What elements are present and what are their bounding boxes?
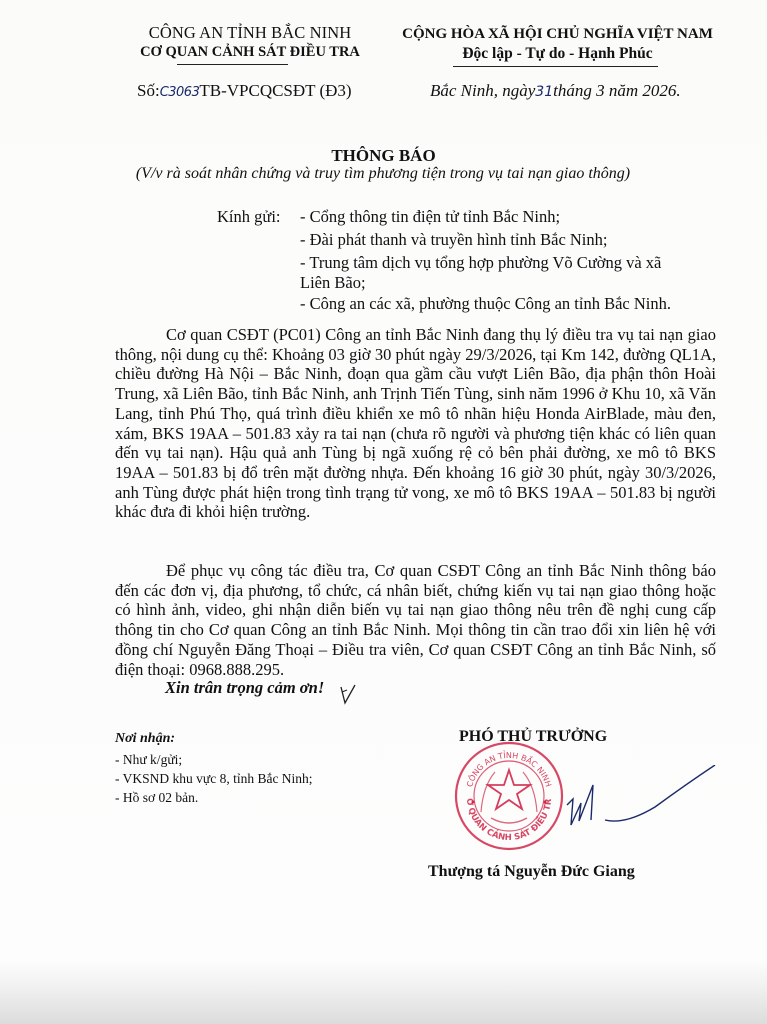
- document-title: THÔNG BÁO: [0, 146, 767, 166]
- signatory-name: Thượng tá Nguyễn Đức Giang: [428, 863, 635, 881]
- paragraph-request: Để phục vụ công tác điều tra, Cơ quan CS…: [115, 561, 716, 679]
- handwritten-signature-icon: [565, 765, 725, 835]
- paragraph-incident: Cơ quan CSĐT (PC01) Công an tỉnh Bắc Nin…: [115, 325, 716, 522]
- body-paragraph-1: Cơ quan CSĐT (PC01) Công an tỉnh Bắc Nin…: [115, 325, 716, 522]
- document-subtitle: (V/v rà soát nhân chứng và truy tìm phươ…: [0, 165, 767, 183]
- official-stamp-icon: CÔNG AN TỈNH BẮC NINH CƠ QUAN CẢNH SÁT Đ…: [453, 740, 565, 852]
- document-number: Số:C3063TB-VPCQCSĐT (Đ3): [137, 81, 352, 101]
- agency-name: CÔNG AN TỈNH BẮC NINH: [100, 23, 400, 43]
- date-prefix: Bắc Ninh, ngày: [430, 81, 535, 100]
- national-header: CỘNG HÒA XÃ HỘI CHỦ NGHĨA VIỆT NAM Độc l…: [380, 25, 735, 64]
- addressee-item: - Trung tâm dịch vụ tổng hợp phường Võ C…: [300, 253, 661, 273]
- addressee-item: - Đài phát thanh và truyền hình tỉnh Bắc…: [300, 230, 607, 250]
- recipient-item: - Như k/gửi;: [115, 752, 182, 768]
- doc-number-prefix: Số:: [137, 81, 160, 100]
- date-suffix: tháng 3 năm 2026.: [553, 81, 681, 100]
- agency-header: CÔNG AN TỈNH BẮC NINH CƠ QUAN CẢNH SÁT Đ…: [100, 23, 400, 61]
- initial-mark-icon: [338, 683, 358, 707]
- agency-underline: [177, 64, 288, 65]
- addressee-item: Liên Bão;: [300, 273, 366, 293]
- document-page: CÔNG AN TỈNH BẮC NINH CƠ QUAN CẢNH SÁT Đ…: [0, 0, 767, 1024]
- nation-name: CỘNG HÒA XÃ HỘI CHỦ NGHĨA VIỆT NAM: [380, 25, 735, 44]
- recipient-item: - VKSND khu vực 8, tỉnh Bắc Ninh;: [115, 771, 313, 787]
- date-day-handwritten: 31: [535, 84, 553, 100]
- national-motto: Độc lập - Tự do - Hạnh Phúc: [380, 44, 735, 64]
- body-paragraph-2: Để phục vụ công tác điều tra, Cơ quan CS…: [115, 561, 716, 679]
- motto-underline: [453, 66, 658, 67]
- recipients-title: Nơi nhận:: [115, 731, 175, 747]
- addressee-item: - Công an các xã, phường thuộc Công an t…: [300, 294, 671, 314]
- doc-number-handwritten: C3063: [160, 85, 200, 100]
- addressee-item: - Cổng thông tin điện tử tỉnh Bắc Ninh;: [300, 207, 560, 227]
- recipient-item: - Hồ sơ 02 bản.: [115, 790, 198, 806]
- signatory-position: PHÓ THỦ TRƯỞNG: [459, 728, 607, 746]
- agency-department: CƠ QUAN CẢNH SÁT ĐIỀU TRA: [100, 43, 400, 61]
- closing-thanks: Xin trân trọng cảm ơn!: [165, 678, 324, 698]
- addressee-label: Kính gửi:: [217, 207, 281, 227]
- document-date: Bắc Ninh, ngày31tháng 3 năm 2026.: [430, 81, 681, 101]
- doc-number-suffix: TB-VPCQCSĐT (Đ3): [199, 81, 351, 100]
